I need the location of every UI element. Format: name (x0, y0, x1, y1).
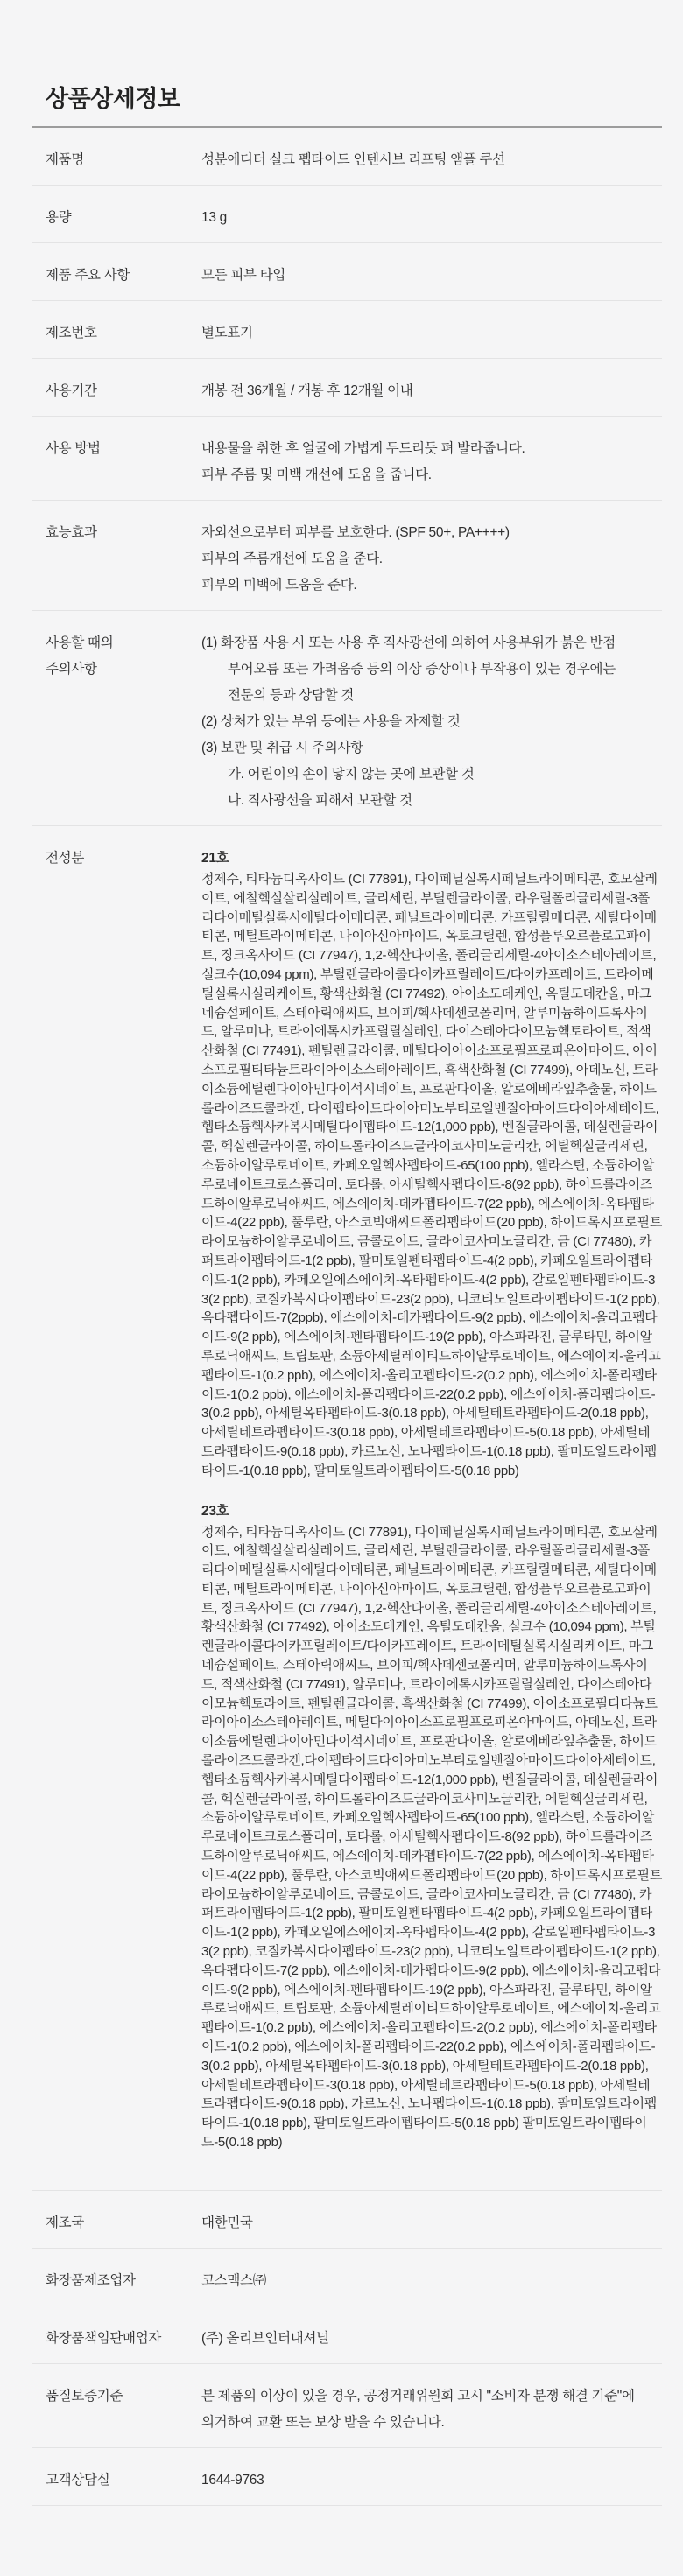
row-value: 별도표기 (201, 324, 662, 343)
product-detail-section: 상품상세정보 제품명성분에디터 실크 펩타이드 인텐시브 리프팅 앰플 쿠션용량… (0, 0, 683, 2576)
ingredient-group: 21호정제수, 티타늄디옥사이드 (CI 77891), 다이페닐실록시페닐트라… (201, 849, 662, 1481)
row-label: 사용할 때의주의사항 (32, 634, 201, 679)
row-label-line: 품질보증기준 (46, 2387, 201, 2406)
table-row: 사용기간개봉 전 36개월 / 개봉 후 12개월 이내 (32, 359, 662, 416)
table-row: 제품명성분에디터 실크 펩타이드 인텐시브 리프팅 앰플 쿠션 (32, 128, 662, 185)
row-value-line: 성분에디터 실크 펩타이드 인텐시브 리프팅 앰플 쿠션 (201, 151, 662, 170)
table-row: 품질보증기준본 제품의 이상이 있을 경우, 공정거래위원회 고시 "소비자 분… (32, 2364, 662, 2447)
table-row: 화장품제조업자코스맥스㈜ (32, 2249, 662, 2306)
row-value: 21호정제수, 티타늄디옥사이드 (CI 77891), 다이페닐실록시페닐트라… (201, 849, 662, 2175)
row-value-line: 피부 주름 및 미백 개선에 도움을 줍니다. (201, 466, 662, 485)
row-value: 성분에디터 실크 펩타이드 인텐시브 리프팅 앰플 쿠션 (201, 151, 662, 170)
precaution-line: 부어오름 또는 가려움증 등의 이상 증상이나 부작용이 있는 경우에는 (228, 660, 662, 679)
row-label: 고객상담실 (32, 2471, 201, 2490)
table-row: 제품 주요 사항모든 피부 타입 (32, 243, 662, 300)
table-row: 사용할 때의주의사항(1) 화장품 사용 시 또는 사용 후 직사광선에 의하여… (32, 611, 662, 825)
row-value-line: 개봉 전 36개월 / 개봉 후 12개월 이내 (201, 382, 662, 401)
row-value-line: 13 g (201, 208, 662, 228)
detail-table: 제품명성분에디터 실크 펩타이드 인텐시브 리프팅 앰플 쿠션용량13 g제품 … (32, 128, 662, 2506)
row-label: 용량 (32, 208, 201, 228)
row-label-line: 고객상담실 (46, 2471, 201, 2490)
ingredient-group-name: 23호 (201, 1502, 662, 1521)
row-value: (주) 올리브인터내셔널 (201, 2329, 662, 2348)
row-value: 자외선으로부터 피부를 보호한다. (SPF 50+, PA++++)피부의 주… (201, 523, 662, 595)
row-value-line: 피부의 미백에 도움을 준다. (201, 576, 662, 595)
row-label: 제품 주요 사항 (32, 266, 201, 285)
ingredient-group-name: 21호 (201, 849, 662, 868)
row-value: 13 g (201, 208, 662, 228)
row-value-line: 모든 피부 타입 (201, 266, 662, 285)
row-label-line: 화장품책임판매업자 (46, 2329, 201, 2348)
row-label-line: 제조번호 (46, 324, 201, 343)
row-label: 전성분 (32, 849, 201, 868)
row-value-line: (주) 올리브인터내셔널 (201, 2329, 662, 2348)
row-value-line: 1644-9763 (201, 2471, 662, 2490)
row-value-line: 본 제품의 이상이 있을 경우, 공정거래위원회 고시 "소비자 분쟁 해결 기… (201, 2387, 662, 2406)
row-label: 화장품제조업자 (32, 2271, 201, 2291)
row-value-line: 자외선으로부터 피부를 보호한다. (SPF 50+, PA++++) (201, 523, 662, 543)
table-row: 화장품책임판매업자(주) 올리브인터내셔널 (32, 2306, 662, 2363)
precaution-line: (2) 상처가 있는 부위 등에는 사용을 자제할 것 (201, 712, 662, 732)
row-value-line: 별도표기 (201, 324, 662, 343)
row-value-line: 내용물을 취한 후 얼굴에 가볍게 두드리듯 펴 발라줍니다. (201, 439, 662, 459)
row-divider (32, 2505, 662, 2506)
row-label-line: 효능효과 (46, 523, 201, 543)
row-value: 모든 피부 타입 (201, 266, 662, 285)
row-value: (1) 화장품 사용 시 또는 사용 후 직사광선에 의하여 사용부위가 붉은 … (201, 634, 662, 811)
ingredient-group-text: 정제수, 티타늄디옥사이드 (CI 77891), 다이페닐실록시페닐트라이메티… (201, 1523, 662, 2152)
table-row: 제조국대한민국 (32, 2191, 662, 2248)
table-row: 제조번호별도표기 (32, 301, 662, 358)
ingredient-group: 23호정제수, 티타늄디옥사이드 (CI 77891), 다이페닐실록시페닐트라… (201, 1502, 662, 2152)
row-label-line: 제품 주요 사항 (46, 266, 201, 285)
table-row: 용량13 g (32, 186, 662, 242)
precaution-line: 가. 어린이의 손이 닿지 않는 곳에 보관할 것 (228, 765, 662, 784)
precaution-line: 나. 직사광선을 피해서 보관할 것 (228, 791, 662, 811)
row-label-line: 전성분 (46, 849, 201, 868)
table-row: 사용 방법내용물을 취한 후 얼굴에 가볍게 두드리듯 펴 발라줍니다.피부 주… (32, 417, 662, 500)
table-row: 전성분21호정제수, 티타늄디옥사이드 (CI 77891), 다이페닐실록시페… (32, 826, 662, 2190)
row-label: 품질보증기준 (32, 2387, 201, 2406)
row-value: 대한민국 (201, 2214, 662, 2233)
row-label: 효능효과 (32, 523, 201, 543)
row-value-line: 피부의 주름개선에 도움을 준다. (201, 550, 662, 569)
row-value: 코스맥스㈜ (201, 2271, 662, 2291)
row-value-line: 코스맥스㈜ (201, 2271, 662, 2291)
row-value-line: 대한민국 (201, 2214, 662, 2233)
row-value: 내용물을 취한 후 얼굴에 가볍게 두드리듯 펴 발라줍니다.피부 주름 및 미… (201, 439, 662, 485)
row-label-line: 사용 방법 (46, 439, 201, 459)
precaution-line: (1) 화장품 사용 시 또는 사용 후 직사광선에 의하여 사용부위가 붉은 … (201, 634, 662, 653)
row-label: 사용 방법 (32, 439, 201, 459)
row-label-line: 사용기간 (46, 382, 201, 401)
row-label: 제조번호 (32, 324, 201, 343)
ingredient-group-text: 정제수, 티타늄디옥사이드 (CI 77891), 다이페닐실록시페닐트라이메티… (201, 870, 662, 1481)
row-label-line: 제품명 (46, 151, 201, 170)
row-label: 제조국 (32, 2214, 201, 2233)
table-row: 효능효과자외선으로부터 피부를 보호한다. (SPF 50+, PA++++)피… (32, 501, 662, 610)
row-label-line: 주의사항 (46, 660, 201, 679)
row-value: 개봉 전 36개월 / 개봉 후 12개월 이내 (201, 382, 662, 401)
row-label: 사용기간 (32, 382, 201, 401)
table-row: 고객상담실1644-9763 (32, 2448, 662, 2505)
row-label-line: 화장품제조업자 (46, 2271, 201, 2291)
precaution-line: (3) 보관 및 취급 시 주의사항 (201, 739, 662, 758)
row-label: 화장품책임판매업자 (32, 2329, 201, 2348)
row-label-line: 사용할 때의 (46, 634, 201, 653)
row-value: 1644-9763 (201, 2471, 662, 2490)
precaution-line: 전문의 등과 상담할 것 (228, 686, 662, 705)
row-label-line: 제조국 (46, 2214, 201, 2233)
row-value: 본 제품의 이상이 있을 경우, 공정거래위원회 고시 "소비자 분쟁 해결 기… (201, 2387, 662, 2432)
row-label-line: 용량 (46, 208, 201, 228)
page-title: 상품상세정보 (46, 86, 662, 112)
row-value-line: 의거하여 교환 또는 보상 받을 수 있습니다. (201, 2413, 662, 2432)
row-label: 제품명 (32, 151, 201, 170)
